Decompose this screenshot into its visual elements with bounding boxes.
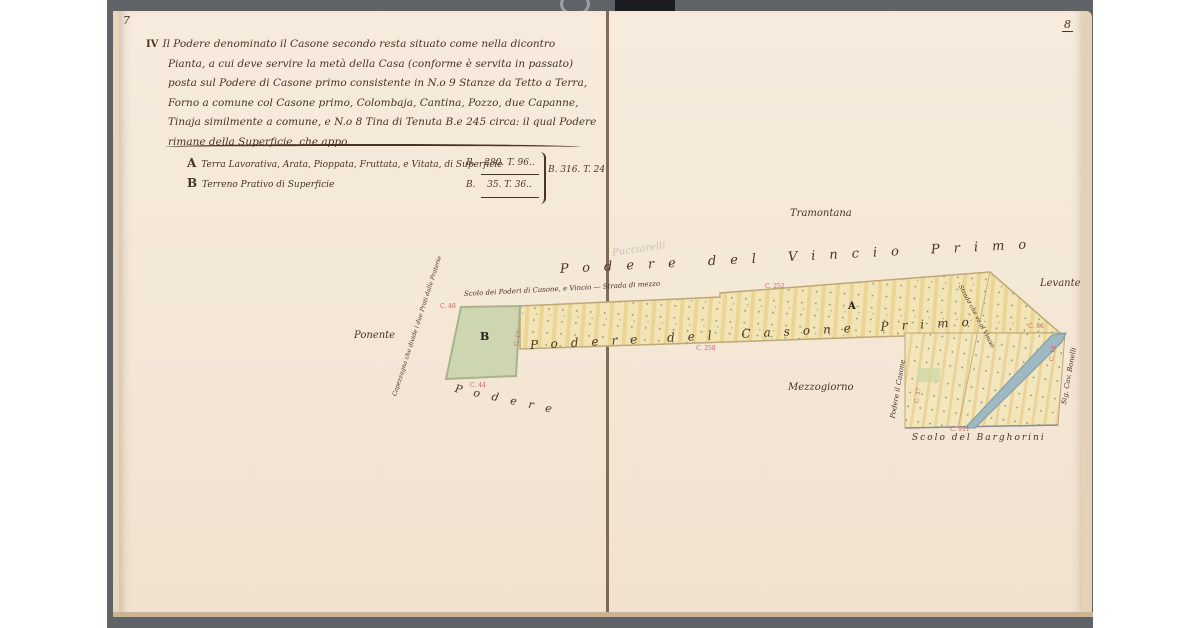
label-scolo-barghorini: Scolo del Barghorini <box>912 433 1046 443</box>
compass-east: Levante <box>1040 278 1081 289</box>
compass-south: Mezzogiorno <box>788 382 854 393</box>
parcel-a-label: A <box>848 301 856 312</box>
annotation: C. 86 <box>1028 323 1044 330</box>
annotation: C. 44 <box>470 382 486 389</box>
parcel-b-label: B <box>480 330 489 343</box>
annotation: C. 258 <box>696 345 716 352</box>
compass-west: Ponente <box>354 330 395 341</box>
annotation: C. 911 <box>950 426 970 433</box>
annotation: C. 252 <box>765 283 785 290</box>
parcel-a <box>520 272 1065 428</box>
annotation: C. 46 <box>440 303 456 310</box>
compass-north: Tramontana <box>790 208 852 219</box>
estate-map <box>0 0 1200 628</box>
